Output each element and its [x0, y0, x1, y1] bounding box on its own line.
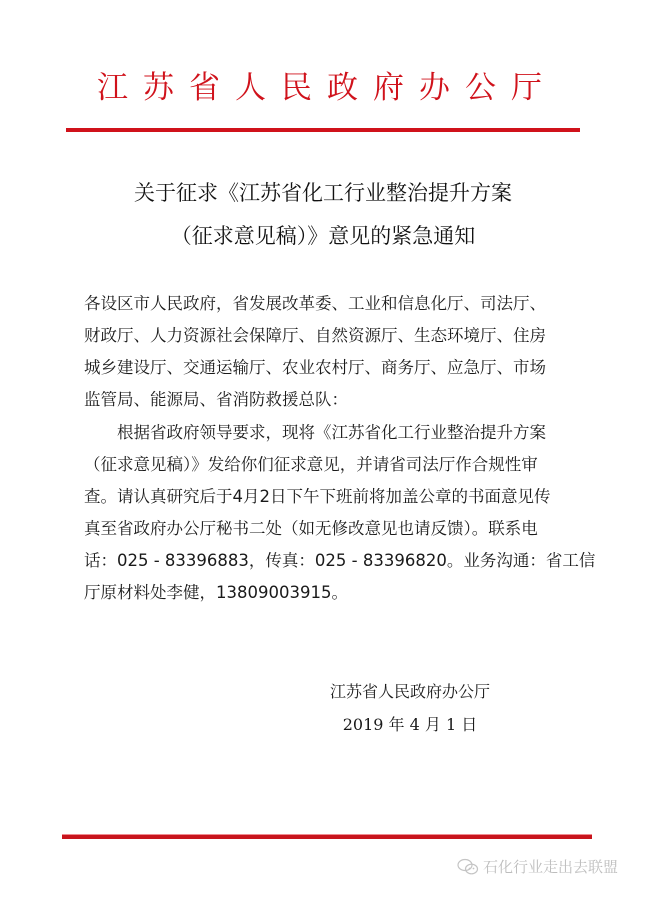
- watermark-text: 石化行业走出去联盟: [483, 857, 618, 877]
- addressee-line: 监管局、能源局、省消防救援总队：: [84, 384, 576, 416]
- addressee-list: 各设区市人民政府，省发展改革委、工业和信息化厅、司法厅、 财政厅、人力资源社会保…: [84, 288, 576, 416]
- body-line: 真至省政府办公厅秘书二处（如无修改意见也请反馈）。联系电: [84, 513, 576, 545]
- footer-red-rule: [62, 834, 592, 839]
- body-line: 话：025 - 83396883，传真：025 - 83396820。业务沟通：…: [84, 545, 576, 577]
- wechat-icon: [457, 858, 479, 876]
- body-line: 根据省政府领导要求，现将《江苏省化工行业整治提升方案: [84, 417, 576, 449]
- signature-org: 江苏省人民政府办公厅: [300, 678, 520, 706]
- document-title-line-2: （征求意见稿）》意见的紧急通知: [0, 221, 646, 251]
- addressee-line: 各设区市人民政府，省发展改革委、工业和信息化厅、司法厅、: [84, 288, 576, 320]
- addressee-line: 城乡建设厅、交通运输厅、农业农村厅、商务厅、应急厅、市场: [84, 352, 576, 384]
- letterhead-org-name: 江苏省人民政府办公厅: [0, 68, 646, 108]
- body-line: 查。请认真研究后于4月2日下午下班前将加盖公章的书面意见传: [84, 481, 576, 513]
- body-paragraph: 根据省政府领导要求，现将《江苏省化工行业整治提升方案 （征求意见稿）》发给你们征…: [84, 417, 576, 609]
- body-line: 厅原材料处李健，13809003915。: [84, 577, 576, 609]
- watermark: 石化行业走出去联盟: [457, 857, 618, 877]
- signature-date: 2019 年 4 月 1 日: [300, 711, 520, 739]
- letterhead-red-rule: [66, 128, 580, 132]
- document-title-line-1: 关于征求《江苏省化工行业整治提升方案: [0, 178, 646, 208]
- body-line: （征求意见稿）》发给你们征求意见，并请省司法厅作合规性审: [84, 449, 576, 481]
- addressee-line: 财政厅、人力资源社会保障厅、自然资源厅、生态环境厅、住房: [84, 320, 576, 352]
